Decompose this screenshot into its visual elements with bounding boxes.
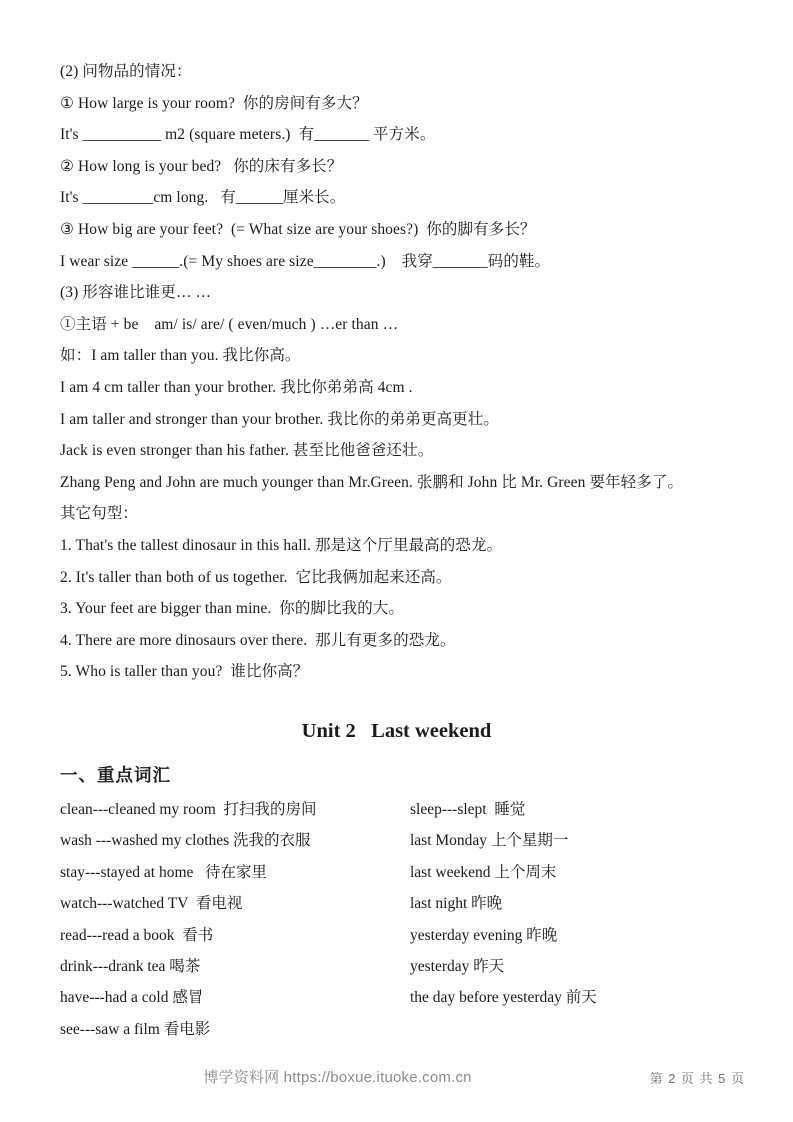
body-line: 1. That's the tallest dinosaur in this h… <box>60 530 745 562</box>
document-page: (2) 问物品的情况： ① How large is your room? 你的… <box>0 0 793 1122</box>
vocab-item: have---had a cold 感冒 <box>60 982 410 1013</box>
vocab-item: clean---cleaned my room 打扫我的房间 <box>60 794 410 825</box>
vocab-item: watch---watched TV 看电视 <box>60 888 410 919</box>
body-line: 5. Who is taller than you? 谁比你高？ <box>60 656 745 688</box>
vocab-item: sleep---slept 睡觉 <box>410 794 745 825</box>
vocabulary-column-right: sleep---slept 睡觉 last Monday 上个星期一 last … <box>410 794 745 1045</box>
body-line: (2) 问物品的情况： <box>60 56 745 88</box>
page-number: 第 2 页 共 5 页 <box>649 1068 745 1087</box>
vocab-item: yesterday 昨天 <box>410 951 745 982</box>
body-line-fill-blank: It's __________ m2 (square meters.) 有___… <box>60 119 745 151</box>
vocab-item: the day before yesterday 前天 <box>410 982 745 1013</box>
key-vocabulary-heading: 一、重点词汇 <box>60 762 745 788</box>
vocab-item: drink---drank tea 喝茶 <box>60 951 410 982</box>
body-line: I am 4 cm taller than your brother. 我比你弟… <box>60 372 745 404</box>
unit-2-title: Unit 2 Last weekend <box>60 716 733 746</box>
body-line: 4. There are more dinosaurs over there. … <box>60 625 745 657</box>
vocabulary-list: clean---cleaned my room 打扫我的房间 wash ---w… <box>60 794 745 1045</box>
vocab-item: stay---stayed at home 待在家里 <box>60 857 410 888</box>
vocab-item: wash ---washed my clothes 洗我的衣服 <box>60 825 410 856</box>
vocab-item: last Monday 上个星期一 <box>410 825 745 856</box>
vocab-item: see---saw a film 看电影 <box>60 1014 410 1045</box>
body-line: ③ How big are your feet? (= What size ar… <box>60 214 745 246</box>
body-line: 如：I am taller than you. 我比你高。 <box>60 340 745 372</box>
body-line: Zhang Peng and John are much younger tha… <box>60 467 745 499</box>
body-line: 2. It's taller than both of us together.… <box>60 562 745 594</box>
body-line: Jack is even stronger than his father. 甚… <box>60 435 745 467</box>
body-line: 其它句型： <box>60 498 745 530</box>
body-line: (3) 形容谁比谁更… … <box>60 277 745 309</box>
vocab-item: yesterday evening 昨晚 <box>410 920 745 951</box>
body-line: ①主语 + be am/ is/ are/ ( even/much ) …er … <box>60 309 745 341</box>
body-line: I am taller and stronger than your broth… <box>60 404 745 436</box>
vocabulary-column-left: clean---cleaned my room 打扫我的房间 wash ---w… <box>60 794 410 1045</box>
body-line: ② How long is your bed? 你的床有多长？ <box>60 151 745 183</box>
page-footer: 博学资料网 https://boxue.ituoke.com.cn 第 2 页 … <box>60 1066 745 1092</box>
vocab-item: last weekend 上个周末 <box>410 857 745 888</box>
footer-watermark-link: 博学资料网 https://boxue.ituoke.com.cn <box>60 1066 615 1087</box>
body-line-fill-blank: I wear size ______.(= My shoes are size_… <box>60 246 745 278</box>
body-line: ① How large is your room? 你的房间有多大？ <box>60 88 745 120</box>
vocab-item: last night 昨晚 <box>410 888 745 919</box>
body-line: 3. Your feet are bigger than mine. 你的脚比我… <box>60 593 745 625</box>
vocab-item: read---read a book 看书 <box>60 920 410 951</box>
body-line-fill-blank: It's _________cm long. 有______厘米长。 <box>60 182 745 214</box>
